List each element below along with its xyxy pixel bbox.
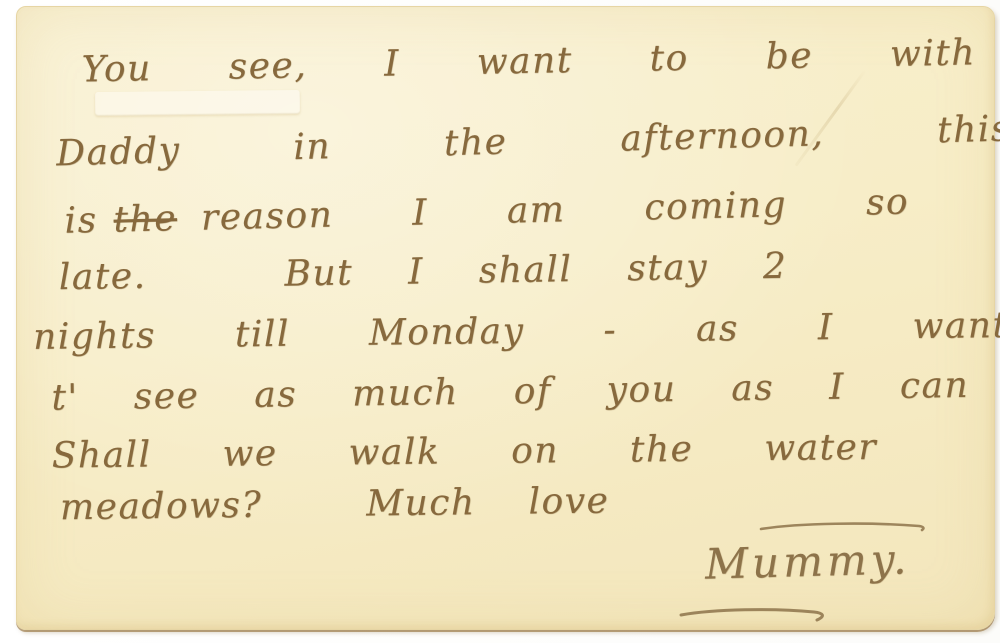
word-segment: reason I am coming so <box>201 182 910 239</box>
word-segment: t' see as much of you as I can - <box>51 364 1000 419</box>
postcard: You see, I want to be withDaddy in the a… <box>16 6 995 630</box>
letter-line: nights till Monday - as I want <box>33 305 1000 358</box>
word-segment: But I shall stay 2 <box>284 246 787 295</box>
word-segment: You see, I want to be with <box>81 32 976 90</box>
letter-line: late.But I shall stay 2 <box>58 246 787 298</box>
word-segment: is <box>64 200 98 242</box>
struck-word: the <box>113 198 177 240</box>
word-segment: Daddy in the afternoon, this <box>56 108 1000 174</box>
letter-line: t' see as much of you as I can - <box>51 364 1000 419</box>
word-segment: nights till Monday - as I want <box>33 305 1000 358</box>
word-segment: Shall we walk on the water <box>52 427 878 477</box>
letter-line: meadows?Much love <box>60 481 610 529</box>
word-segment: late. <box>58 256 146 298</box>
scan-background: You see, I want to be withDaddy in the a… <box>0 0 1000 643</box>
signature-flourish <box>679 603 829 625</box>
letter-line: Daddy in the afternoon, this <box>56 108 1000 174</box>
letter-line: isthereason I am coming so <box>64 182 909 242</box>
word-segment: Much love <box>366 481 610 525</box>
love-underline-flourish <box>759 519 927 535</box>
word-segment: meadows? <box>60 485 263 528</box>
signature: Mummy. <box>704 534 910 588</box>
letter-line: Shall we walk on the water <box>52 427 878 477</box>
letter-line: You see, I want to be with <box>81 32 976 90</box>
